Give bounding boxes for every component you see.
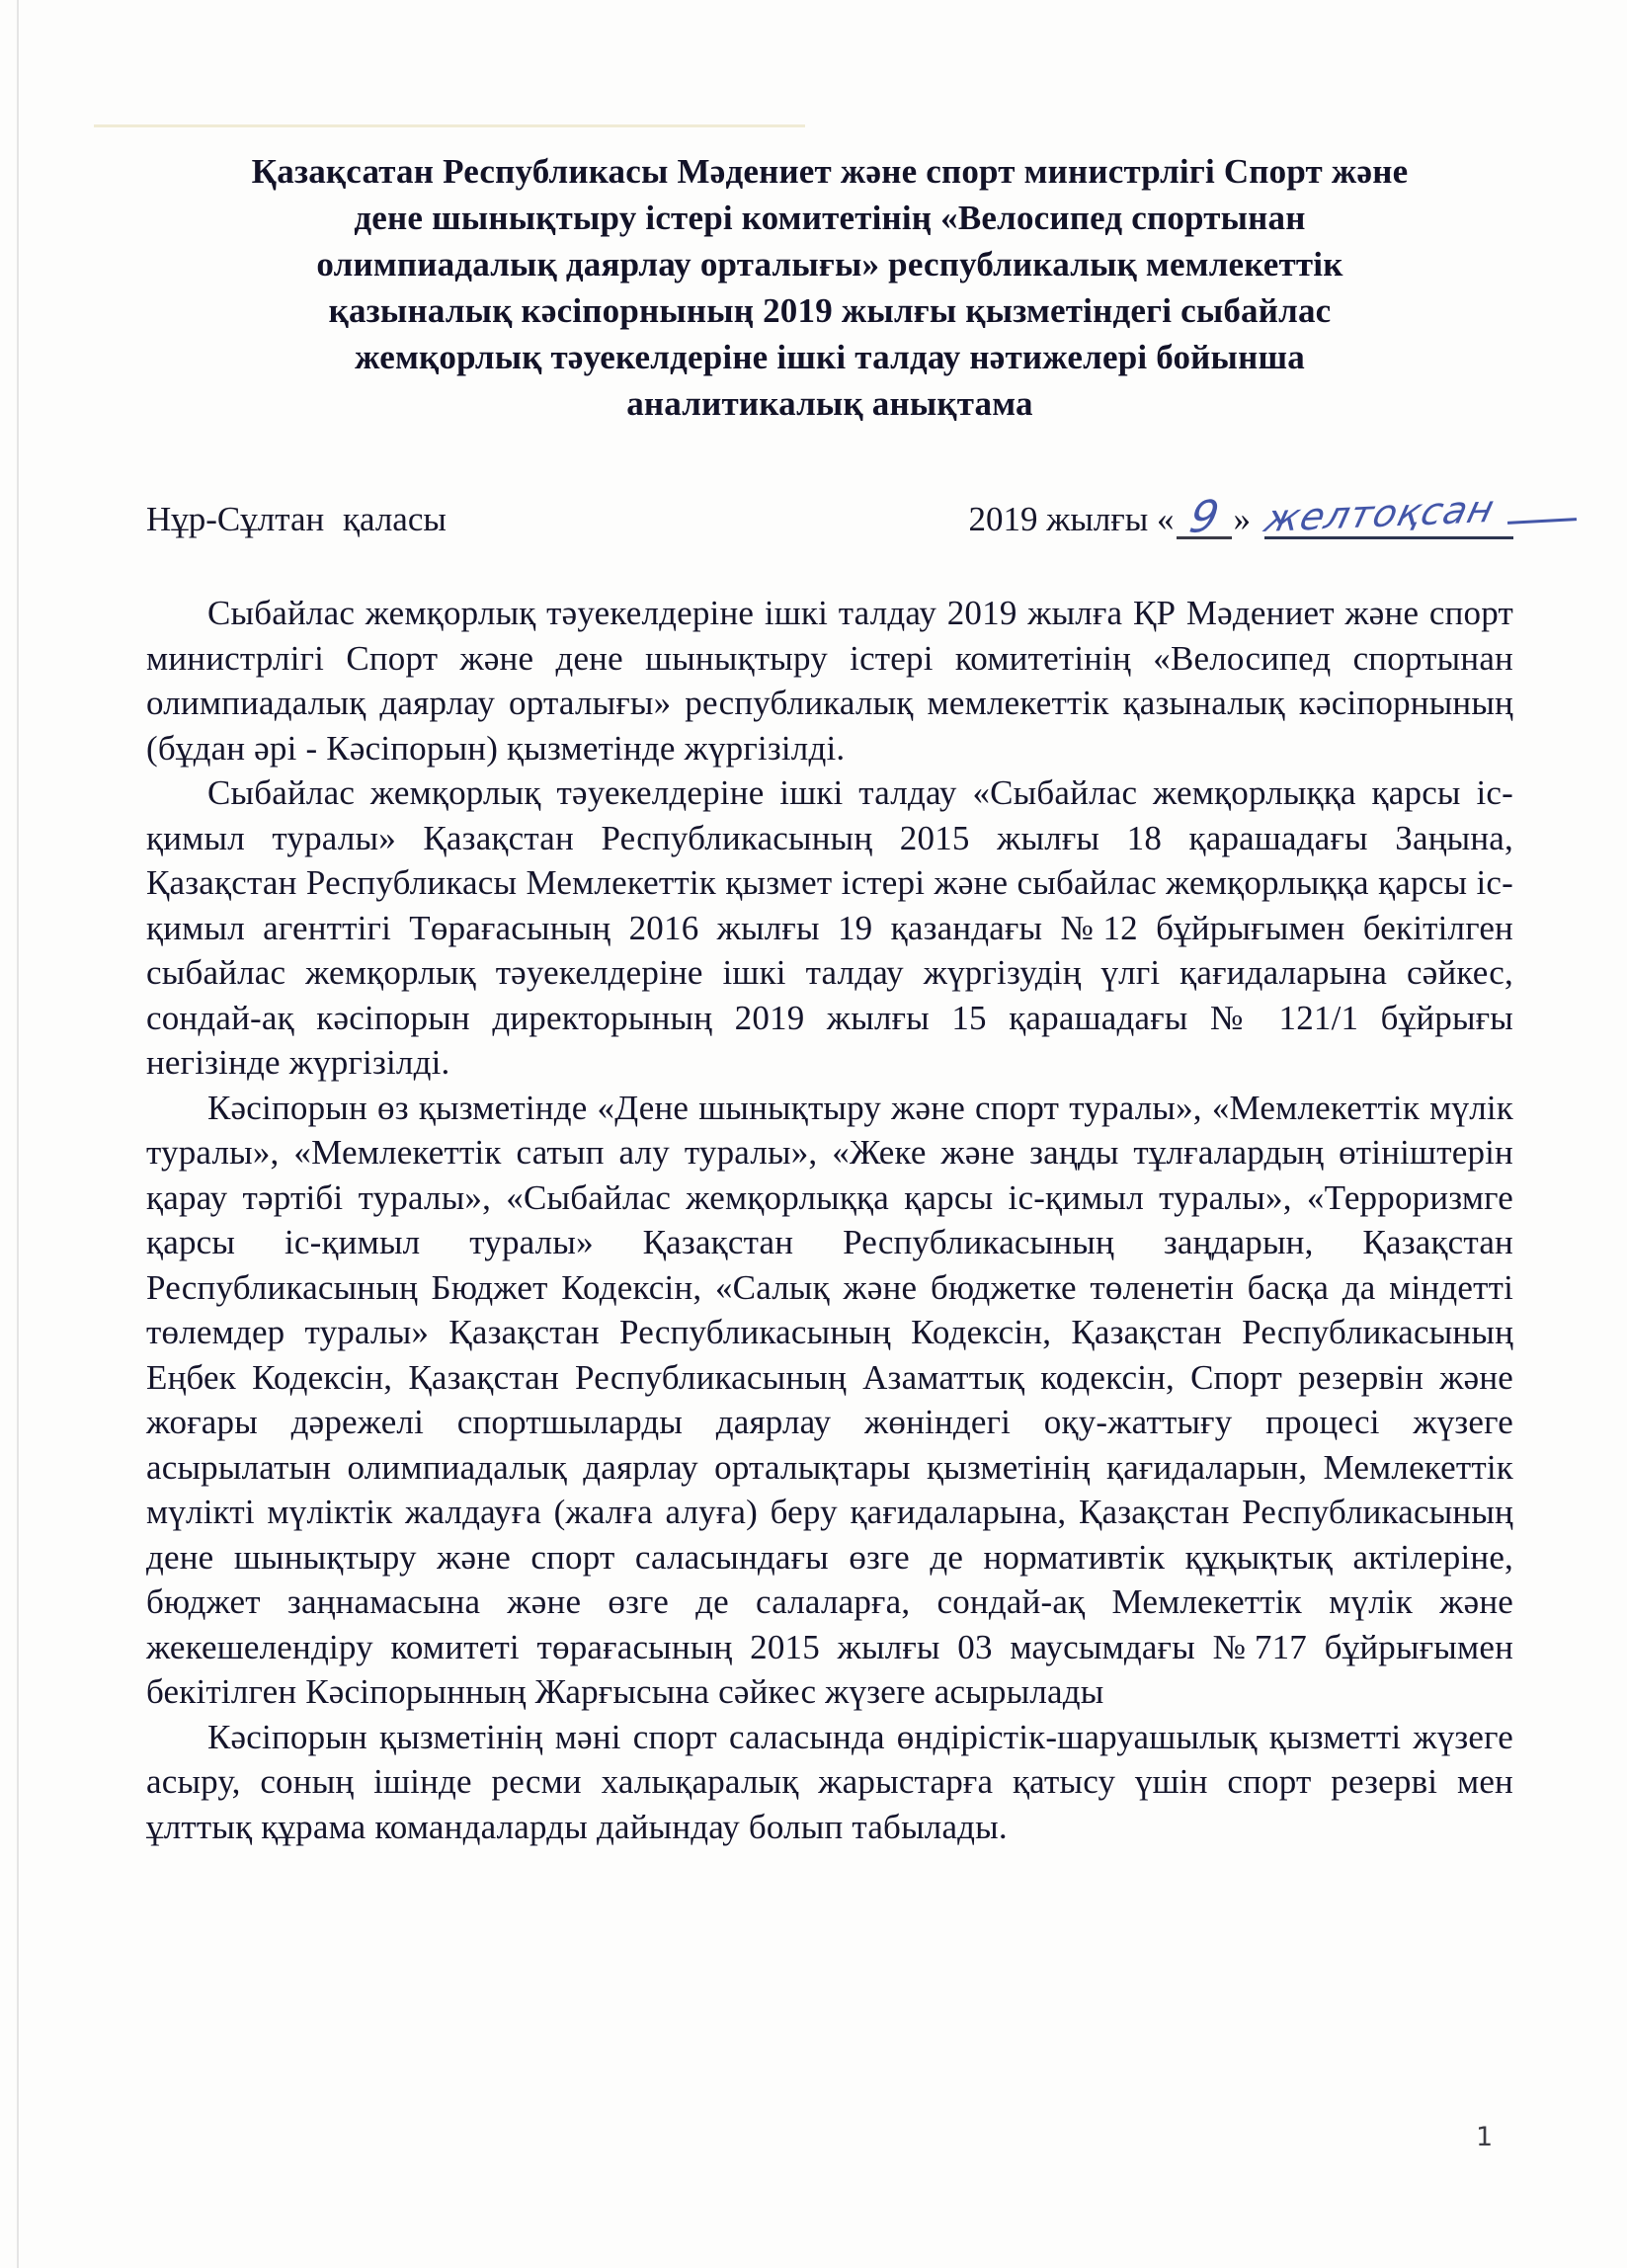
handwritten-month: желтоқсан (1261, 487, 1500, 540)
document-content: Қазақсатан Республикасы Мәдениет және сп… (146, 0, 1513, 1849)
date-month-underline: желтоқсан (1264, 536, 1513, 539)
date-field: 2019 жылғы « 9 » желтоқсан (968, 486, 1513, 543)
scanned-document-page: Қазақсатан Республикасы Мәдениет және сп… (0, 0, 1627, 2268)
city-label: Нұр-Сұлтан қаласы (146, 500, 447, 543)
dateline: Нұр-Сұлтан қаласы 2019 жылғы « 9 » желто… (146, 484, 1513, 543)
title-line: жемқорлық тәуекелдеріне ішкі талдау нәти… (146, 334, 1513, 380)
document-body: Сыбайлас жемқорлық тәуекелдеріне ішкі та… (146, 591, 1513, 1849)
handwritten-day: 9 (1185, 491, 1223, 543)
title-line: олимпиадалық даярлау орталығы» республик… (146, 241, 1513, 287)
handwriting-flourish (1507, 518, 1577, 525)
paragraph: Кәсіпорын қызметінің мәні спорт саласынд… (146, 1715, 1513, 1850)
title-line: дене шынықтыру істері комитетінің «Велос… (146, 195, 1513, 241)
date-day-underline: 9 (1177, 486, 1232, 539)
title-line: аналитикалық анықтама (146, 380, 1513, 427)
date-year-prefix: 2019 жылғы « (968, 500, 1174, 539)
title-line: Қазақсатан Республикасы Мәдениет және сп… (146, 148, 1513, 195)
document-title: Қазақсатан Республикасы Мәдениет және сп… (146, 148, 1513, 427)
title-line: қазыналық кәсіпорнының 2019 жылғы қызмет… (146, 287, 1513, 334)
page-number: 1 (1476, 2122, 1493, 2152)
date-closing-quote: » (1234, 500, 1252, 539)
scan-edge-artifact (17, 0, 19, 2268)
paragraph: Кәсіпорын өз қызметінде «Дене шынықтыру … (146, 1086, 1513, 1715)
paragraph: Сыбайлас жемқорлық тәуекелдеріне ішкі та… (146, 591, 1513, 770)
paragraph: Сыбайлас жемқорлық тәуекелдеріне ішкі та… (146, 770, 1513, 1086)
